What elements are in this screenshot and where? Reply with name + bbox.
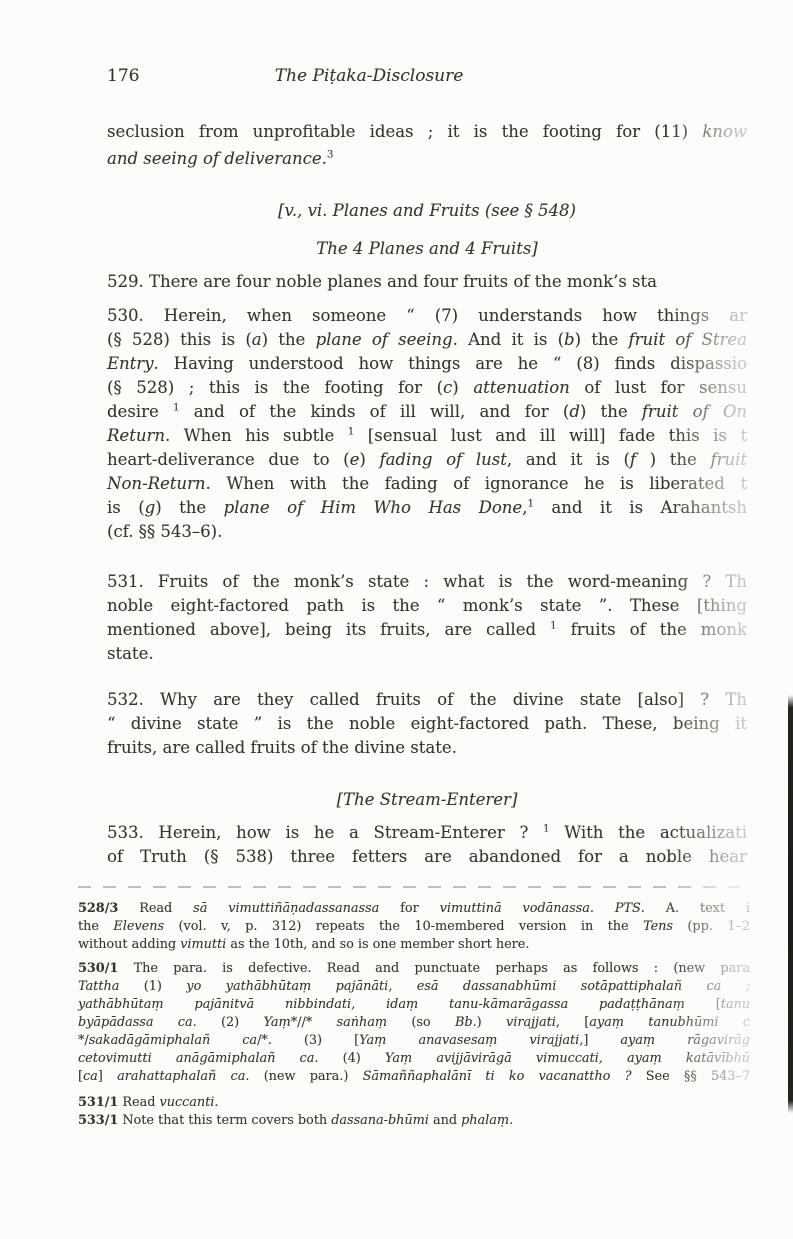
text-line: (§ 528) ; this is the footing for (c) at… [107,376,747,400]
text-line: 528/3 Read sā vimuttiñāṇadassanassa for … [78,900,750,918]
text-line: 530. Herein, when someone “ (7) understa… [107,304,747,328]
footnote-531-1: 531/1 Read vuccanti. [78,1094,750,1112]
text-line: 530/1 The para. is defective. Read and p… [78,960,750,978]
text-line: Return. When his subtle 1 [sensual lust … [107,424,747,448]
text-line: [ca] arahattaphalañ ca. (new para.) Sāma… [78,1068,750,1086]
running-title: The Piṭaka-Disclosure [0,66,738,86]
text-line: without adding vimutti as the 10th, and … [78,936,750,954]
text-line: [v., vi. Planes and Fruits (see § 548) [107,198,747,224]
text-line: 529. There are four noble planes and fou… [107,270,747,294]
text-line: fruits, are called fruits of the divine … [107,736,747,760]
text-line: yathābhūtaṃ pajānitvā nibbindati, idaṃ t… [78,996,750,1014]
footnote-528-3: 528/3 Read sā vimuttiñāṇadassanassa for … [78,900,750,954]
paragraph-530: 530. Herein, when someone “ (7) understa… [107,304,747,544]
text-line: 533. Herein, how is he a Stream-Enterer … [107,821,747,845]
paragraph-533: 533. Herein, how is he a Stream-Enterer … [107,821,747,869]
section-heading-stream-enterer: [The Stream-Enterer] [107,787,747,813]
scanned-book-page: 176 The Piṭaka-Disclosure seclusion from… [0,0,793,1239]
text-line: heart-deliverance due to (e) fading of l… [107,448,747,472]
text-line: cetovimutti anāgāmiphalañ ca. (4) Yaṃ av… [78,1050,750,1068]
text-line: is (g) the plane of Him Who Has Done,1 a… [107,496,747,520]
text-line: [The Stream-Enterer] [107,787,747,813]
text-line: seclusion from unprofitable ideas ; it i… [107,118,747,145]
text-line: mentioned above], being its fruits, are … [107,618,747,642]
text-line: Entry. Having understood how things are … [107,352,747,376]
paragraph-531: 531. Fruits of the monk’s state : what i… [107,570,747,666]
text-line: 531. Fruits of the monk’s state : what i… [107,570,747,594]
scan-gutter-shadow [788,695,793,1113]
text-line: The 4 Planes and 4 Fruits] [107,236,747,262]
text-line: Non-Return. When with the fading of igno… [107,472,747,496]
paragraph-532: 532. Why are they called fruits of the d… [107,688,747,760]
text-line: desire 1 and of the kinds of ill will, a… [107,400,747,424]
text-line: */sakadāgāmiphalañ ca/*. (3) [Yaṃ anavas… [78,1032,750,1050]
text-line: 533/1 Note that this term covers both da… [78,1112,750,1130]
text-line: Tattha (1) yo yathābhūtaṃ pajānāti, esā … [78,978,750,996]
text-line: (§ 528) this is (a) the plane of seeing.… [107,328,747,352]
text-line: the Elevens (vol. v, p. 312) repeats the… [78,918,750,936]
paragraph-529: 529. There are four noble planes and fou… [107,270,747,294]
footnote-530-1: 530/1 The para. is defective. Read and p… [78,960,750,1086]
text-line: “ divine state ” is the noble eight-fact… [107,712,747,736]
footnote-533-1: 533/1 Note that this term covers both da… [78,1112,750,1130]
paragraph-528-continuation: seclusion from unprofitable ideas ; it i… [107,118,747,172]
section-heading-planes-and-fruits: [v., vi. Planes and Fruits (see § 548) [107,198,747,224]
text-line: (cf. §§ 543–6). [107,520,747,544]
main-text-column: seclusion from unprofitable ideas ; it i… [107,112,747,869]
text-line: state. [107,642,747,666]
text-line: byāpādassa ca. (2) Yaṃ*//* saṅhaṃ (so Bb… [78,1014,750,1032]
section-heading-4-planes-4-fruits: The 4 Planes and 4 Fruits] [107,236,747,262]
text-line: 531/1 Read vuccanti. [78,1094,750,1112]
page-header: 176 The Piṭaka-Disclosure [0,66,793,92]
text-line: of Truth (§ 538) three fetters are aband… [107,845,747,869]
footnote-separator-rule [78,886,740,888]
text-line: and seeing of deliverance.3 [107,145,747,172]
footnotes-block: 528/3 Read sā vimuttiñāṇadassanassa for … [78,900,750,1130]
text-line: noble eight-factored path is the “ monk’… [107,594,747,618]
text-line: 532. Why are they called fruits of the d… [107,688,747,712]
